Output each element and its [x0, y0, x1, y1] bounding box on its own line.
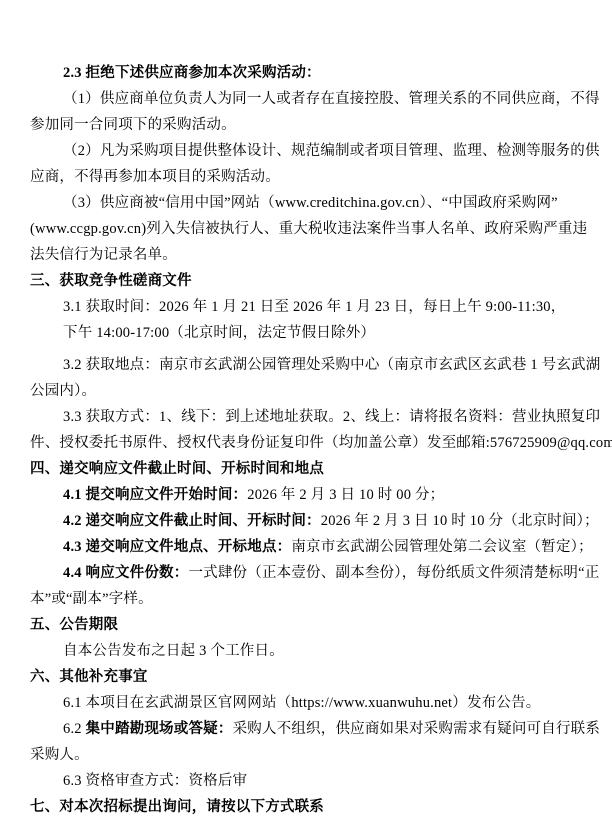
text-segment: 3.2 获取地点：南京市玄武湖公园管理处采购中心（南京市玄武区玄武巷 1 号玄武… [63, 357, 600, 373]
doc-line: (www.ccgp.gov.cn)列入失信被执行人、重大税收违法案件当事人名单、… [30, 216, 586, 242]
text-segment: （2）凡为采购项目提供整体设计、规范编制或者项目管理、监理、检测等服务的供 [63, 143, 600, 159]
doc-line: 件、授权委托书原件、授权代表身份证复印件（均加盖公章）发至邮箱:57672590… [30, 430, 586, 456]
doc-line: 法失信行为记录名单。 [30, 242, 586, 268]
doc-line: （1）供应商单位负责人为同一人或者存在直接控股、管理关系的不同供应商，不得 [30, 86, 586, 112]
text-segment: （3）供应商被“信用中国”网站（www.creditchina.gov.cn）、… [63, 195, 558, 211]
doc-line: 3.1 获取时间：2026 年 1 月 21 日至 2026 年 1 月 23 … [30, 294, 586, 320]
doc-line: 6.1 本项目在玄武湖景区官网网站（https://www.xuanwuhu.n… [30, 690, 586, 716]
doc-line: 6.3 资格审查方式：资格后审 [30, 768, 586, 794]
text-segment: 4.4 响应文件份数： [63, 565, 188, 581]
text-segment: 六、其他补充事宜 [30, 669, 148, 685]
text-segment: 6.3 资格审查方式：资格后审 [63, 773, 247, 789]
text-segment: 采购人。 [30, 747, 89, 763]
text-segment: 法失信行为记录名单。 [30, 247, 177, 263]
text-segment: 3.3 获取方式：1、线下：到上述地址获取。2、线上：请将报名资料：营业执照复印 [63, 409, 600, 425]
text-segment: 4.1 提交响应文件开始时间： [63, 487, 247, 503]
text-segment: 五、公告期限 [30, 617, 118, 633]
text-segment: 6.2 [63, 721, 86, 737]
text-segment: 集中踏勘现场或答疑： [86, 721, 233, 737]
text-segment: 6.1 本项目在玄武湖景区官网网站（https://www.xuanwuhu.n… [63, 695, 540, 711]
text-segment: 本”或“副本”字样。 [30, 591, 153, 607]
text-segment: 下午 14:00-17:00（北京时间，法定节假日除外） [63, 325, 375, 341]
doc-line: 4.4 响应文件份数：一式肆份（正本壹份、副本叁份），每份纸质文件须清楚标明“正 [30, 560, 586, 586]
doc-heading: 三、获取竞争性磋商文件 [30, 268, 586, 294]
text-segment: 公园内）。 [30, 383, 96, 399]
doc-line: 参加同一合同项下的采购活动。 [30, 112, 586, 138]
text-segment: 4.3 递交响应文件地点、开标地点： [63, 539, 291, 555]
text-segment: 七、对本次招标提出询问，请按以下方式联系 [30, 799, 324, 815]
text-segment: 3.1 获取时间：2026 年 1 月 21 日至 2026 年 1 月 23 … [63, 299, 565, 315]
doc-line: 自本公告发布之日起 3 个工作日。 [30, 638, 586, 664]
text-segment: 应商，不得再参加本项目的采购活动。 [30, 169, 280, 185]
doc-line: （3）供应商被“信用中国”网站（www.creditchina.gov.cn）、… [30, 190, 586, 216]
text-segment: 2026 年 2 月 3 日 10 时 00 分； [247, 487, 444, 503]
text-segment: (www.ccgp.gov.cn)列入失信被执行人、重大税收违法案件当事人名单、… [30, 221, 587, 237]
doc-heading: 七、对本次招标提出询问，请按以下方式联系 [30, 794, 586, 820]
text-segment: 参加同一合同项下的采购活动。 [30, 117, 236, 133]
text-segment: （1）供应商单位负责人为同一人或者存在直接控股、管理关系的不同供应商，不得 [63, 91, 600, 107]
doc-heading: 五、公告期限 [30, 612, 586, 638]
text-segment: 南京市玄武湖公园管理处第二会议室（暂定）； [291, 539, 592, 555]
doc-line: 下午 14:00-17:00（北京时间，法定节假日除外） [30, 320, 586, 346]
text-segment: 一式肆份（正本壹份、副本叁份），每份纸质文件须清楚标明“正 [188, 565, 599, 581]
document-page: 2.3 拒绝下述供应商参加本次采购活动：（1）供应商单位负责人为同一人或者存在直… [0, 0, 612, 827]
doc-heading: 四、递交响应文件截止时间、开标时间和地点 [30, 456, 586, 482]
doc-line: （2）凡为采购项目提供整体设计、规范编制或者项目管理、监理、检测等服务的供 [30, 138, 586, 164]
doc-line: 4.1 提交响应文件开始时间：2026 年 2 月 3 日 10 时 00 分； [30, 482, 586, 508]
doc-line: 本”或“副本”字样。 [30, 586, 586, 612]
doc-line: 3.3 获取方式：1、线下：到上述地址获取。2、线上：请将报名资料：营业执照复印 [30, 404, 586, 430]
text-segment: 三、获取竞争性磋商文件 [30, 273, 192, 289]
text-segment: 2.3 拒绝下述供应商参加本次采购活动： [63, 65, 321, 81]
document-body: 2.3 拒绝下述供应商参加本次采购活动：（1）供应商单位负责人为同一人或者存在直… [30, 60, 586, 820]
text-segment: 2026 年 2 月 3 日 10 时 10 分（北京时间）； [321, 513, 599, 529]
doc-line: 4.3 递交响应文件地点、开标地点：南京市玄武湖公园管理处第二会议室（暂定）； [30, 534, 586, 560]
doc-heading: 六、其他补充事宜 [30, 664, 586, 690]
doc-line: 3.2 获取地点：南京市玄武湖公园管理处采购中心（南京市玄武区玄武巷 1 号玄武… [30, 352, 586, 378]
doc-line: 2.3 拒绝下述供应商参加本次采购活动： [30, 60, 586, 86]
text-segment: 四、递交响应文件截止时间、开标时间和地点 [30, 461, 324, 477]
text-segment: 采购人不组织，供应商如果对采购需求有疑问可自行联系 [233, 721, 601, 737]
text-segment: 件、授权委托书原件、授权代表身份证复印件（均加盖公章）发至邮箱:57672590… [30, 435, 612, 451]
doc-line: 采购人。 [30, 742, 586, 768]
text-segment: 自本公告发布之日起 3 个工作日。 [63, 643, 284, 659]
doc-line: 应商，不得再参加本项目的采购活动。 [30, 164, 586, 190]
doc-line: 6.2 集中踏勘现场或答疑：采购人不组织，供应商如果对采购需求有疑问可自行联系 [30, 716, 586, 742]
doc-line: 公园内）。 [30, 378, 586, 404]
text-segment: 4.2 递交响应文件截止时间、开标时间： [63, 513, 321, 529]
doc-line: 4.2 递交响应文件截止时间、开标时间：2026 年 2 月 3 日 10 时 … [30, 508, 586, 534]
